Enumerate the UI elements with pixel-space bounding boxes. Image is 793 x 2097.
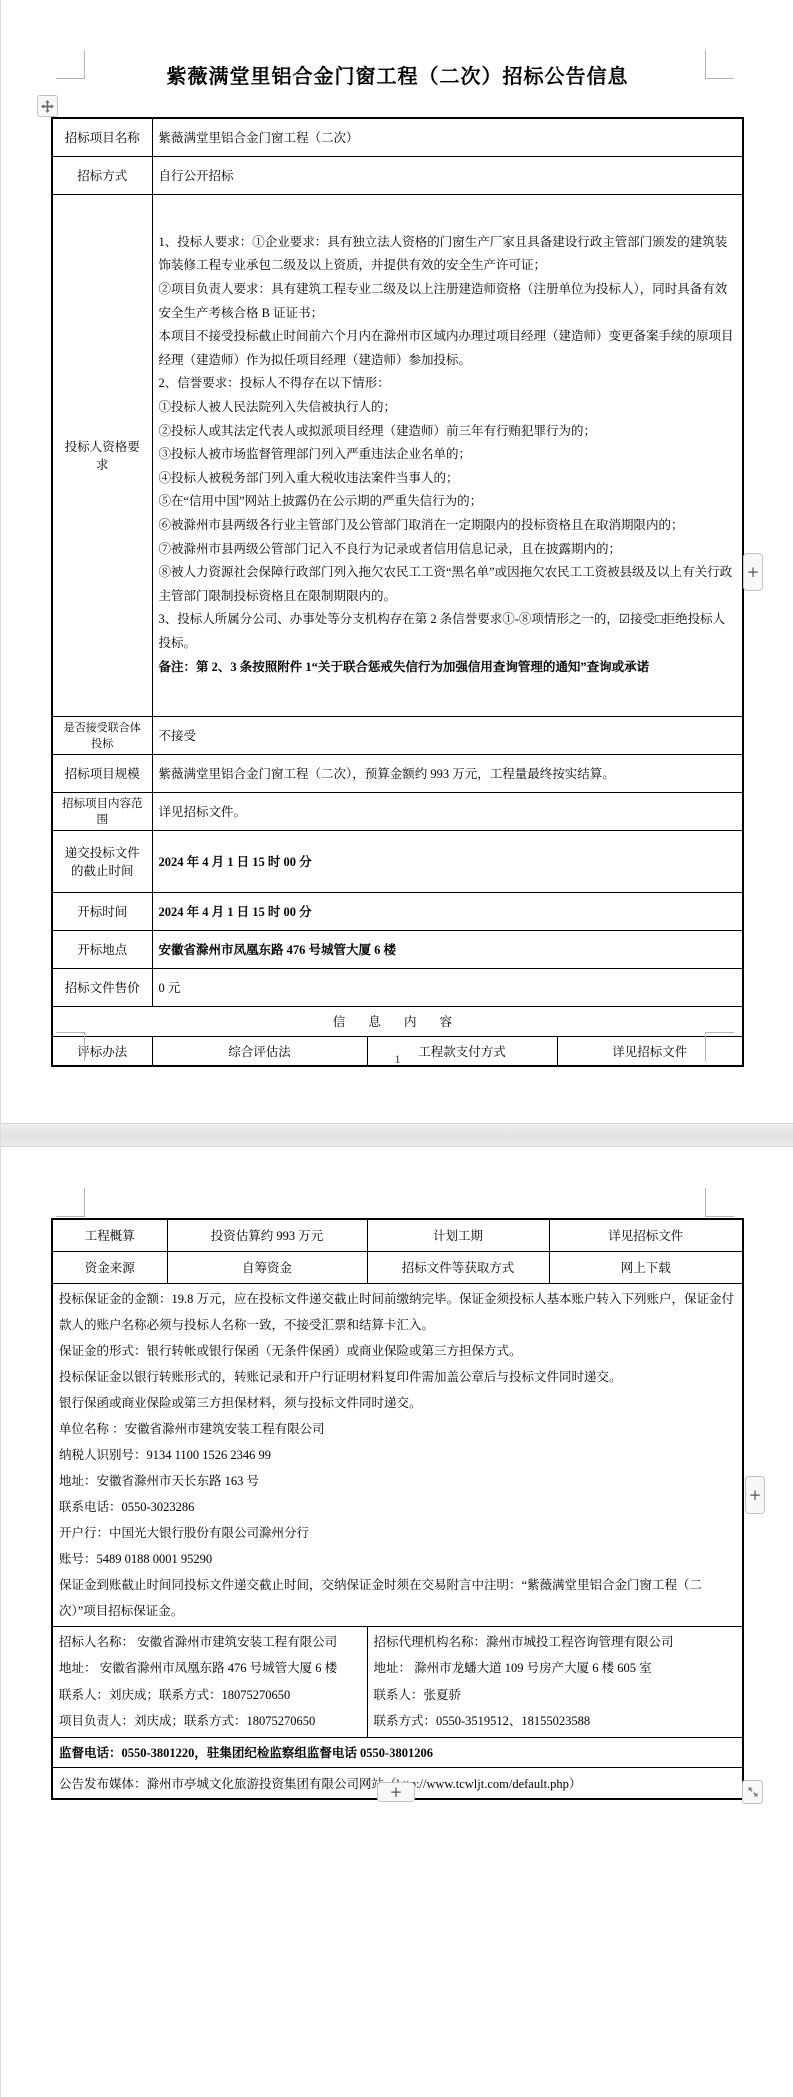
deposit-paragraph: 保证金的形式：银行转帐或银行保函（无条件保函）或商业保险或第三方担保方式。 [59,1338,736,1364]
page-corner-mark [705,50,734,79]
consortium-value: 不接受 [152,716,743,754]
plus-icon: + [390,1783,403,1801]
page-corner-mark [56,1188,85,1217]
qualification-paragraph: 2、信誉要求：投标人不得存在以下情形： [159,372,737,396]
doc-price-value: 0 元 [152,968,743,1006]
funding-value: 自筹资金 [167,1251,367,1283]
schedule-value: 详见招标文件 [549,1219,743,1251]
opening-place-value: 安徽省滁州市凤凰东路 476 号城管大厦 6 楼 [152,930,743,968]
bidder-line: 招标人名称： 安徽省滁州市建筑安装工程有限公司 [59,1629,361,1656]
page-title: 紫薇满堂里铝合金门窗工程（二次）招标公告信息 [1,60,793,89]
page-corner-mark [56,50,85,79]
table-row: 招标文件售价 0 元 [52,968,743,1006]
plus-button-page2-right[interactable]: + [745,1476,765,1514]
opening-time-value: 2024 年 4 月 1 日 15 时 00 分 [152,892,743,930]
deposit-paragraph: 账号：5489 0188 0001 95290 [59,1546,736,1572]
table-row: 信 息 内 容 [52,1006,743,1036]
table-move-handle-icon[interactable] [37,95,58,117]
deposit-paragraph: 联系电话：0550-3023286 [59,1494,736,1520]
plus-button-page1-right[interactable]: + [743,553,763,591]
move-arrows-icon [41,100,54,113]
qualification-paragraph: ①投标人被人民法院列入失信被执行人的； [159,396,737,420]
table-row: 投标保证金的金额：19.8 万元，应在投标文件递交截止时间前缴纳完毕。保证金须投… [52,1283,743,1626]
table-row: 招标项目规模 紫薇满堂里铝合金门窗工程（二次），预算金额约 993 万元，工程量… [52,754,743,792]
qualification-paragraph: ③投标人被市场监督管理部门列入严重违法企业名单的； [159,443,737,467]
table-row: 递交投标文件的截止时间 2024 年 4 月 1 日 15 时 00 分 [52,830,743,892]
info-content-header: 信 息 内 容 [52,1006,743,1036]
scope-value: 详见招标文件。 [152,792,743,830]
table-row: 是否接受联合体投标 不接受 [52,716,743,754]
qualification-paragraph: ②投标人或其法定代表人或拟派项目经理（建造师）前三年有行贿犯罪行为的； [159,420,737,444]
deposit-paragraph: 投标保证金以银行转账形式的，转账记录和开户行证明材料复印件需加盖公章后与投标文件… [59,1364,736,1390]
agency-line: 联系人：张夏骄 [374,1682,737,1709]
deposit-paragraph: 投标保证金的金额：19.8 万元，应在投标文件递交截止时间前缴纳完毕。保证金须投… [59,1286,736,1338]
agency-cell: 招标代理机构名称：滁州市城投工程咨询管理有限公司 地址： 滁州市龙蟠大道 109… [367,1626,743,1737]
deposit-paragraph: 银行保函或商业保险或第三方担保材料，须与投标文件同时递交。 [59,1390,736,1416]
estimate-value: 投资估算约 993 万元 [167,1219,367,1251]
qualification-paragraph: 3、投标人所属分公司、办事处等分支机构存在第 2 条信誉要求①-⑧项情形之一的，… [159,608,737,655]
schedule-label: 计划工期 [367,1219,549,1251]
scale-label: 招标项目规模 [52,754,152,792]
qualification-paragraph: ②项目负责人要求：具有建筑工程专业二级及以上注册建造师资格（注册单位为投标人），… [159,278,737,325]
opening-time-label: 开标时间 [52,892,152,930]
qualification-paragraph: ⑧被人力资源社会保障行政部门列入拖欠农民工工资“黑名单”或因拖欠农民工工资被县级… [159,561,737,608]
scale-value: 紫薇满堂里铝合金门窗工程（二次），预算金额约 993 万元，工程量最终按实结算。 [152,754,743,792]
qualification-paragraph: ⑦被滁州市县两级公管部门记入不良行为记录或者信用信息记录，且在披露期内的； [159,538,737,562]
plus-button-page2-bottom[interactable]: + [377,1782,415,1802]
table-row: 招标项目内容范围 详见招标文件。 [52,792,743,830]
qualification-paragraph: ⑥被滁州市县两级各行业主管部门及公管部门取消在一定期限内的投标资格且在取消期限内… [159,514,737,538]
page-separator [1,1123,793,1147]
resize-handle-icon[interactable] [742,1780,763,1804]
qualification-note: 备注：第 2、3 条按照附件 1“关于联合惩戒失信行为加强信用查询管理的通知”查… [159,656,737,680]
agency-line: 联系方式：0550-3519512、18155023588 [374,1708,737,1735]
plus-icon: + [749,1486,762,1504]
agency-line: 招标代理机构名称：滁州市城投工程咨询管理有限公司 [374,1629,737,1656]
diagonal-arrows-icon [747,1786,759,1798]
qualification-paragraph: 1、投标人要求：①企业要求：具有独立法人资格的门窗生产厂家且具备建设行政主管部门… [159,231,737,278]
scope-label: 招标项目内容范围 [52,792,152,830]
funding-label: 资金来源 [52,1251,167,1283]
deadline-label: 递交投标文件的截止时间 [52,830,152,892]
method-label: 招标方式 [52,156,152,194]
bidder-cell: 招标人名称： 安徽省滁州市建筑安装工程有限公司 地址： 安徽省滁州市凤凰东路 4… [52,1626,367,1737]
doc-price-label: 招标文件售价 [52,968,152,1006]
table-row: 投标人资格要求 1、投标人要求：①企业要求：具有独立法人资格的门窗生产厂家且具备… [52,194,743,716]
qualification-paragraph: 本项目不接受投标截止时间前六个月内在滁州市区域内办理过项目经理（建造师）变更备案… [159,325,737,372]
project-name-value: 紫薇满堂里铝合金门窗工程（二次） [152,118,743,156]
deadline-value: 2024 年 4 月 1 日 15 时 00 分 [152,830,743,892]
table-row: 招标人名称： 安徽省滁州市建筑安装工程有限公司 地址： 安徽省滁州市凤凰东路 4… [52,1626,743,1737]
bidder-line: 地址： 安徽省滁州市凤凰东路 476 号城管大厦 6 楼 [59,1655,361,1682]
qualification-paragraph: ⑤在“信用中国”网站上披露仍在公示期的严重失信行为的； [159,490,737,514]
deposit-paragraph: 保证金到账截止时间同投标文件递交截止时间，交纳保证金时须在交易附言中注明：“紫薇… [59,1572,736,1624]
supervision-phones: 监督电话：0550-3801220，驻集团纪检监察组监督电话 0550-3801… [52,1737,743,1767]
table-row: 招标项目名称 紫薇满堂里铝合金门窗工程（二次） [52,118,743,156]
page2-table: 工程概算 投资估算约 993 万元 计划工期 详见招标文件 资金来源 自筹资金 … [51,1218,744,1800]
opening-place-label: 开标地点 [52,930,152,968]
qualification-label: 投标人资格要求 [52,194,152,716]
deposit-cell: 投标保证金的金额：19.8 万元，应在投标文件递交截止时间前缴纳完毕。保证金须投… [52,1283,743,1626]
deposit-paragraph: 地址：安徽省滁州市天长东路 163 号 [59,1468,736,1494]
deposit-paragraph: 纳税人识别号：9134 1100 1526 2346 99 [59,1442,736,1468]
table-row: 资金来源 自筹资金 招标文件等获取方式 网上下载 [52,1251,743,1283]
deposit-paragraph: 单位名称 ：安徽省滁州市建筑安装工程有限公司 [59,1416,736,1442]
page-number: 1 [1,1052,793,1067]
consortium-label: 是否接受联合体投标 [52,716,152,754]
estimate-label: 工程概算 [52,1219,167,1251]
table-row: 工程概算 投资估算约 993 万元 计划工期 详见招标文件 [52,1219,743,1251]
qualification-paragraph: ④投标人被税务部门列入重大税收违法案件当事人的； [159,467,737,491]
page1-table: 招标项目名称 紫薇满堂里铝合金门窗工程（二次） 招标方式 自行公开招标 投标人资… [51,117,744,1067]
doc-access-label: 招标文件等获取方式 [367,1251,549,1283]
bidder-line: 联系人：刘庆成；联系方式：18075270650 [59,1682,361,1709]
table-row: 开标时间 2024 年 4 月 1 日 15 时 00 分 [52,892,743,930]
method-value: 自行公开招标 [152,156,743,194]
deposit-paragraph: 开户行：中国光大银行股份有限公司滁州分行 [59,1520,736,1546]
table-row: 招标方式 自行公开招标 [52,156,743,194]
doc-access-value: 网上下载 [549,1251,743,1283]
page-corner-mark [705,1188,734,1217]
bidder-line: 项目负责人：刘庆成；联系方式：18075270650 [59,1708,361,1735]
agency-line: 地址： 滁州市龙蟠大道 109 号房产大厦 6 楼 605 室 [374,1655,737,1682]
table-row: 开标地点 安徽省滁州市凤凰东路 476 号城管大厦 6 楼 [52,930,743,968]
qualification-value: 1、投标人要求：①企业要求：具有独立法人资格的门窗生产厂家且具备建设行政主管部门… [152,194,743,716]
table-row: 监督电话：0550-3801220，驻集团纪检监察组监督电话 0550-3801… [52,1737,743,1767]
document-canvas: { "page1": { "title": "紫薇满堂里铝合金门窗工程（二次）招… [0,0,793,2097]
project-name-label: 招标项目名称 [52,118,152,156]
plus-icon: + [747,563,760,581]
